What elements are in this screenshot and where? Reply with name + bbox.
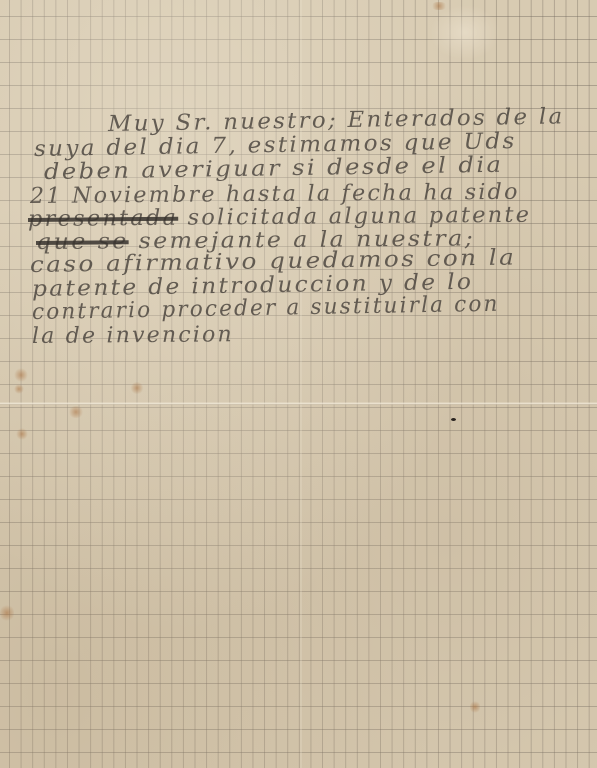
handwritten-letter: Muy Sr. nuestro; Enterados de la suya de…	[0, 0, 597, 768]
graph-paper-sheet: Muy Sr. nuestro; Enterados de la suya de…	[0, 0, 597, 768]
letter-text: la de invencion	[32, 322, 234, 349]
letter-line: la de invencion	[32, 322, 234, 349]
